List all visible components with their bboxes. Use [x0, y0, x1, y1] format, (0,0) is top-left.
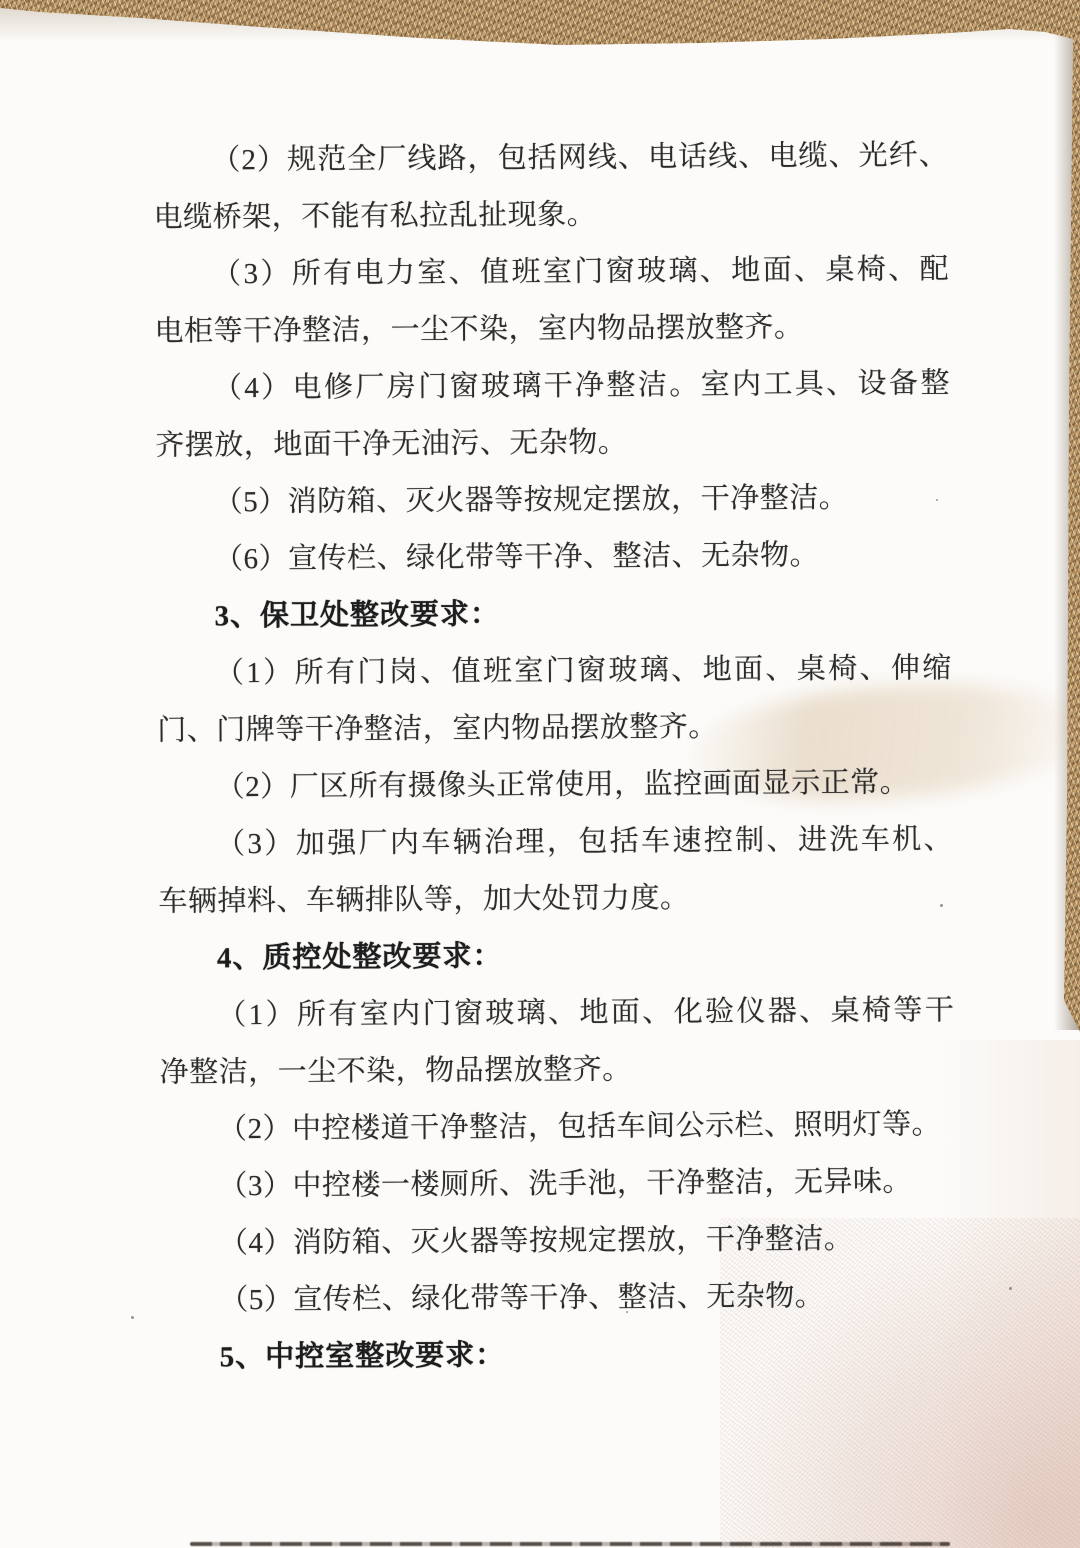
section-heading-central-control: 5、中控室整改要求：	[161, 1324, 956, 1387]
text-line: （2）规范全厂线路，包括网线、电话线、电缆、光纤、	[153, 127, 948, 190]
text-line: （2）中控楼道干净整洁，包括车间公示栏、照明灯等。	[160, 1096, 955, 1159]
text-line: 齐摆放，地面干净无油污、无杂物。	[155, 412, 950, 475]
text-line: （1）所有室内门窗玻璃、地面、化验仪器、桌椅等干	[159, 982, 954, 1045]
paper-bottom-edge	[190, 1542, 950, 1546]
text-line: 电柜等干净整洁，一尘不染，室内物品摆放整齐。	[154, 298, 949, 361]
text-line: （5）消防箱、灭火器等按规定摆放，干净整洁。	[156, 469, 951, 532]
paper-speck	[131, 1316, 134, 1319]
text-line: 电缆桥架，不能有私拉乱扯现象。	[154, 184, 949, 247]
text-line: （2）厂区所有摄像头正常使用，监控画面显示正常。	[158, 754, 953, 817]
document-text: （2）规范全厂线路，包括网线、电话线、电缆、光纤、 电缆桥架，不能有私拉乱扯现象…	[153, 127, 957, 1387]
text-line: 门、门牌等干净整洁，室内物品摆放整齐。	[157, 697, 952, 760]
paper-speck	[1009, 1287, 1012, 1290]
text-line: （3）中控楼一楼厕所、洗手池，干净整洁，无异味。	[160, 1153, 955, 1216]
section-heading-security: 3、保卫处整改要求：	[156, 583, 951, 646]
text-line: （6）宣传栏、绿化带等干净、整洁、无杂物。	[156, 526, 951, 589]
section-heading-quality-control: 4、质控处整改要求：	[159, 925, 954, 988]
text-line: （1）所有门岗、值班室门窗玻璃、地面、桌椅、伸缩	[157, 640, 952, 703]
text-line: （3）加强厂内车辆治理，包括车速控制、进洗车机、	[158, 811, 953, 874]
text-line: 车辆掉料、车辆排队等，加大处罚力度。	[158, 868, 953, 931]
text-line: （5）宣传栏、绿化带等干净、整洁、无杂物。	[161, 1267, 956, 1330]
text-line: （3）所有电力室、值班室门窗玻璃、地面、桌椅、配	[154, 241, 949, 304]
text-line: （4）消防箱、灭火器等按规定摆放，干净整洁。	[161, 1210, 956, 1273]
text-line: 净整洁，一尘不染，物品摆放整齐。	[159, 1039, 954, 1102]
text-line: （4）电修厂房门窗玻璃干净整洁。室内工具、设备整	[155, 355, 950, 418]
